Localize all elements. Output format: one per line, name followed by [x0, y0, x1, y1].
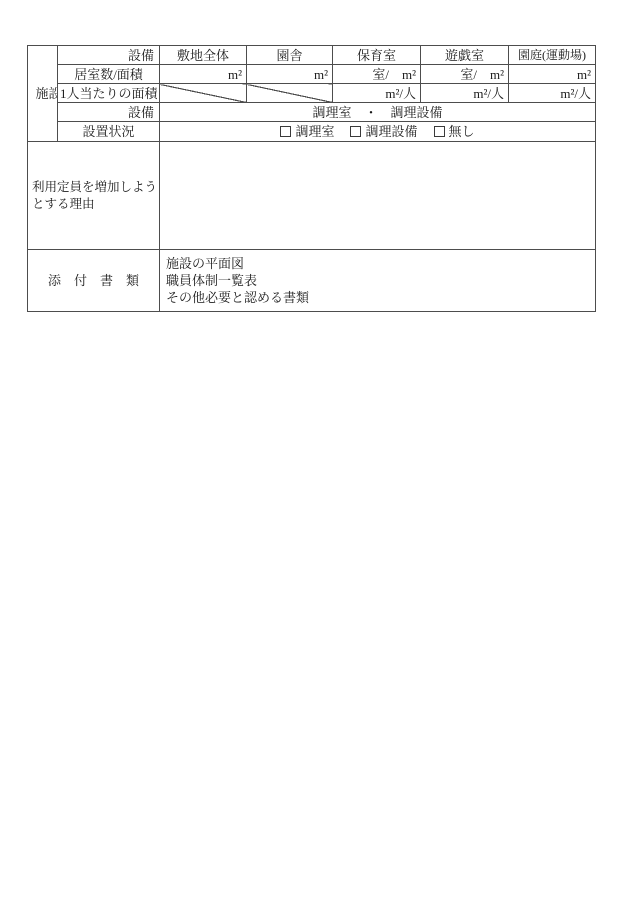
installation-status-row-label: 設置状況 — [58, 122, 160, 142]
na-diagonal-cell — [247, 84, 333, 103]
checkbox-icon — [434, 126, 445, 137]
checkbox-label: 無し — [449, 123, 475, 140]
kitchen-equipment-row-label: 設備 — [58, 103, 160, 122]
col-header-site-total: 敷地全体 — [160, 46, 247, 65]
checkbox-label: 調理設備 — [365, 123, 417, 140]
col-header-nursery-room: 保育室 — [333, 46, 421, 65]
col-header-playground: 園庭(運動場) — [509, 46, 596, 65]
per-person-area-row-label: 1人当たりの面積 — [58, 84, 160, 103]
attachment-item: 施設の平面図 — [166, 255, 595, 272]
reason-row-label: 利用定員を増加しようとする理由 — [28, 142, 160, 250]
building-area-value: m² — [247, 65, 333, 84]
rooms-area-row-label: 居室数/面積 — [58, 65, 160, 84]
document-page: 施設設備 設備 敷地全体 園舎 保育室 遊戯室 園庭(運動場) 居室数/面積 m… — [0, 0, 630, 903]
col-header-school-building: 園舎 — [247, 46, 333, 65]
facility-equipment-table: 施設設備 設備 敷地全体 園舎 保育室 遊戯室 園庭(運動場) 居室数/面積 m… — [27, 45, 596, 312]
reason-input-area — [160, 142, 596, 250]
site-area-value: m² — [160, 65, 247, 84]
attachment-item: その他必要と認める書類 — [166, 289, 595, 306]
checkbox-icon — [280, 126, 291, 137]
playground-area-value: m² — [509, 65, 596, 84]
playroom-per-person-value: m²/人 — [421, 84, 509, 103]
kitchen-equipment-options: 調理室 ・ 調理設備 — [160, 103, 596, 122]
playground-per-person-value: m²/人 — [509, 84, 596, 103]
attachments-list: 施設の平面図 職員体制一覧表 その他必要と認める書類 — [160, 250, 596, 312]
checkbox-option-none: 無し — [434, 123, 475, 140]
equipment-row-label: 設備 — [58, 46, 160, 65]
playroom-rooms-area-value: 室/ m² — [421, 65, 509, 84]
checkbox-label: 調理室 — [295, 123, 334, 140]
installation-status-cell: 調理室 調理設備 無し — [160, 122, 596, 142]
nursery-per-person-value: m²/人 — [333, 84, 421, 103]
na-diagonal-cell — [160, 84, 247, 103]
nursery-rooms-area-value: 室/ m² — [333, 65, 421, 84]
checkbox-option-kitchen-room: 調理室 — [280, 123, 334, 140]
col-header-play-room: 遊戯室 — [421, 46, 509, 65]
facility-section-label: 施設設備 — [36, 87, 50, 100]
checkbox-option-kitchen-equipment: 調理設備 — [350, 123, 417, 140]
attachments-row-label: 添 付 書 類 — [28, 250, 160, 312]
facility-section-cell: 施設設備 — [28, 46, 58, 142]
checkbox-icon — [350, 126, 361, 137]
attachment-item: 職員体制一覧表 — [166, 272, 595, 289]
